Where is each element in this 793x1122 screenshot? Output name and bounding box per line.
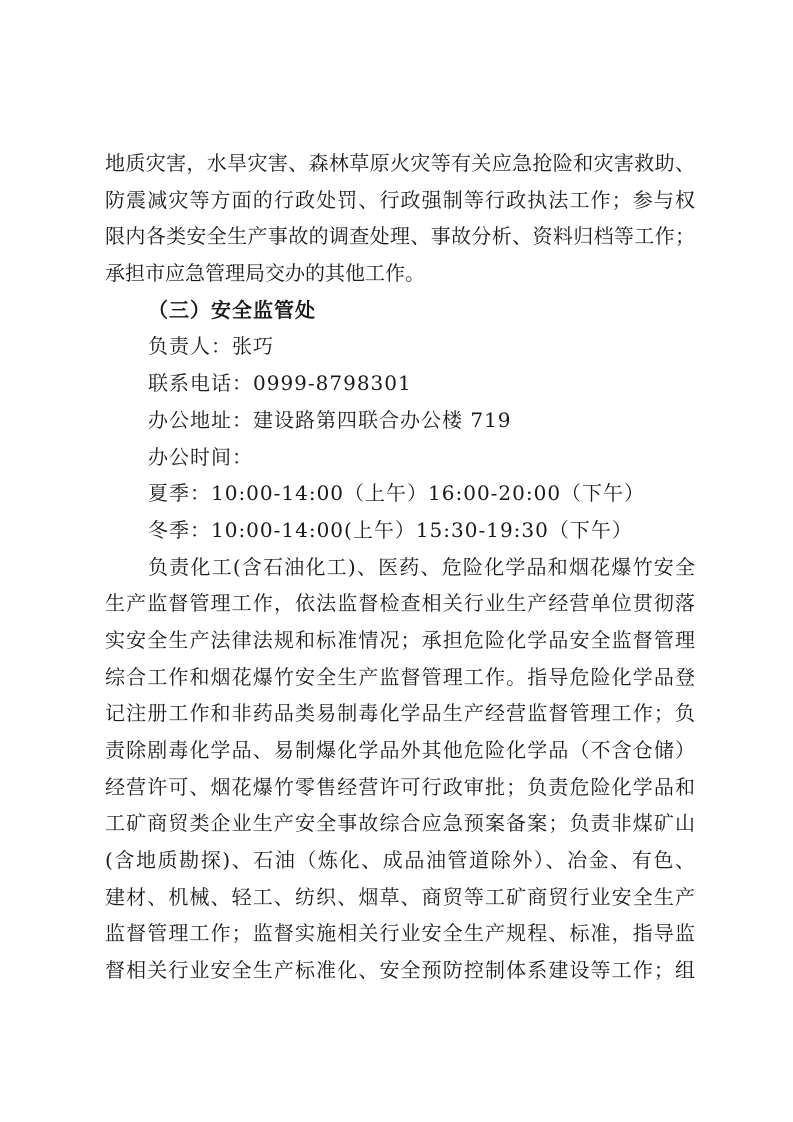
paragraph-line: 工矿商贸类企业生产安全事故综合应急预案备案；负责非煤矿山 bbox=[105, 805, 695, 842]
paragraph-line: 责除剧毒化学品、易制爆化学品外其他危险化学品（不含仓储） bbox=[105, 732, 695, 769]
office-hours-label: 办公时间： bbox=[105, 439, 695, 476]
continuation-paragraph: 地质灾害，水旱灾害、森林草原火灾等有关应急抢险和灾害救助、 防震减灾等方面的行政… bbox=[105, 145, 695, 292]
section-heading: （三）安全监管处 bbox=[105, 292, 695, 329]
duties-paragraph: 负责化工(含石油化工)、医药、危险化学品和烟花爆竹安全 生产监督管理工作，依法监… bbox=[105, 549, 695, 989]
paragraph-line: 实安全生产法律法规和标准情况；承担危险化学品安全监督管理 bbox=[105, 622, 695, 659]
document-page: 地质灾害，水旱灾害、森林草原火灾等有关应急抢险和灾害救助、 防震减灾等方面的行政… bbox=[0, 0, 793, 1122]
paragraph-line: 限内各类安全生产事故的调查处理、事故分析、资料归档等工作； bbox=[105, 218, 695, 255]
winter-hours: 冬季：10:00-14:00(上午）15:30-19:30（下午） bbox=[105, 512, 695, 549]
office-address: 办公地址：建设路第四联合办公楼 719 bbox=[105, 402, 695, 439]
paragraph-line: 督相关行业安全生产标准化、安全预防控制体系建设等工作；组 bbox=[105, 952, 695, 989]
paragraph-line: 经营许可、烟花爆竹零售经营许可行政审批；负责危险化学品和 bbox=[105, 769, 695, 806]
responsible-person: 负责人：张巧 bbox=[105, 328, 695, 365]
paragraph-line: 防震减灾等方面的行政处罚、行政强制等行政执法工作；参与权 bbox=[105, 182, 695, 219]
contact-phone: 联系电话：0999-8798301 bbox=[105, 365, 695, 402]
summer-hours: 夏季：10:00-14:00（上午）16:00-20:00（下午） bbox=[105, 475, 695, 512]
paragraph-line: 负责化工(含石油化工)、医药、危险化学品和烟花爆竹安全 bbox=[105, 549, 695, 586]
paragraph-line: 承担市应急管理局交办的其他工作。 bbox=[105, 255, 695, 292]
paragraph-line: 生产监督管理工作，依法监督检查相关行业生产经营单位贯彻落 bbox=[105, 585, 695, 622]
paragraph-line: 记注册工作和非药品类易制毒化学品生产经营监督管理工作；负 bbox=[105, 695, 695, 732]
paragraph-line: 监督管理工作；监督实施相关行业安全生产规程、标准，指导监 bbox=[105, 915, 695, 952]
paragraph-line: (含地质勘探)、石油（炼化、成品油管道除外）、冶金、有色、 bbox=[105, 842, 695, 879]
paragraph-line: 地质灾害，水旱灾害、森林草原火灾等有关应急抢险和灾害救助、 bbox=[105, 145, 695, 182]
paragraph-line: 建材、机械、轻工、纺织、烟草、商贸等工矿商贸行业安全生产 bbox=[105, 879, 695, 916]
paragraph-line: 综合工作和烟花爆竹安全生产监督管理工作。指导危险化学品登 bbox=[105, 659, 695, 696]
page-content: 地质灾害，水旱灾害、森林草原火灾等有关应急抢险和灾害救助、 防震减灾等方面的行政… bbox=[105, 145, 695, 989]
section-safety-supervision: （三）安全监管处 负责人：张巧 联系电话：0999-8798301 办公地址：建… bbox=[105, 292, 695, 549]
